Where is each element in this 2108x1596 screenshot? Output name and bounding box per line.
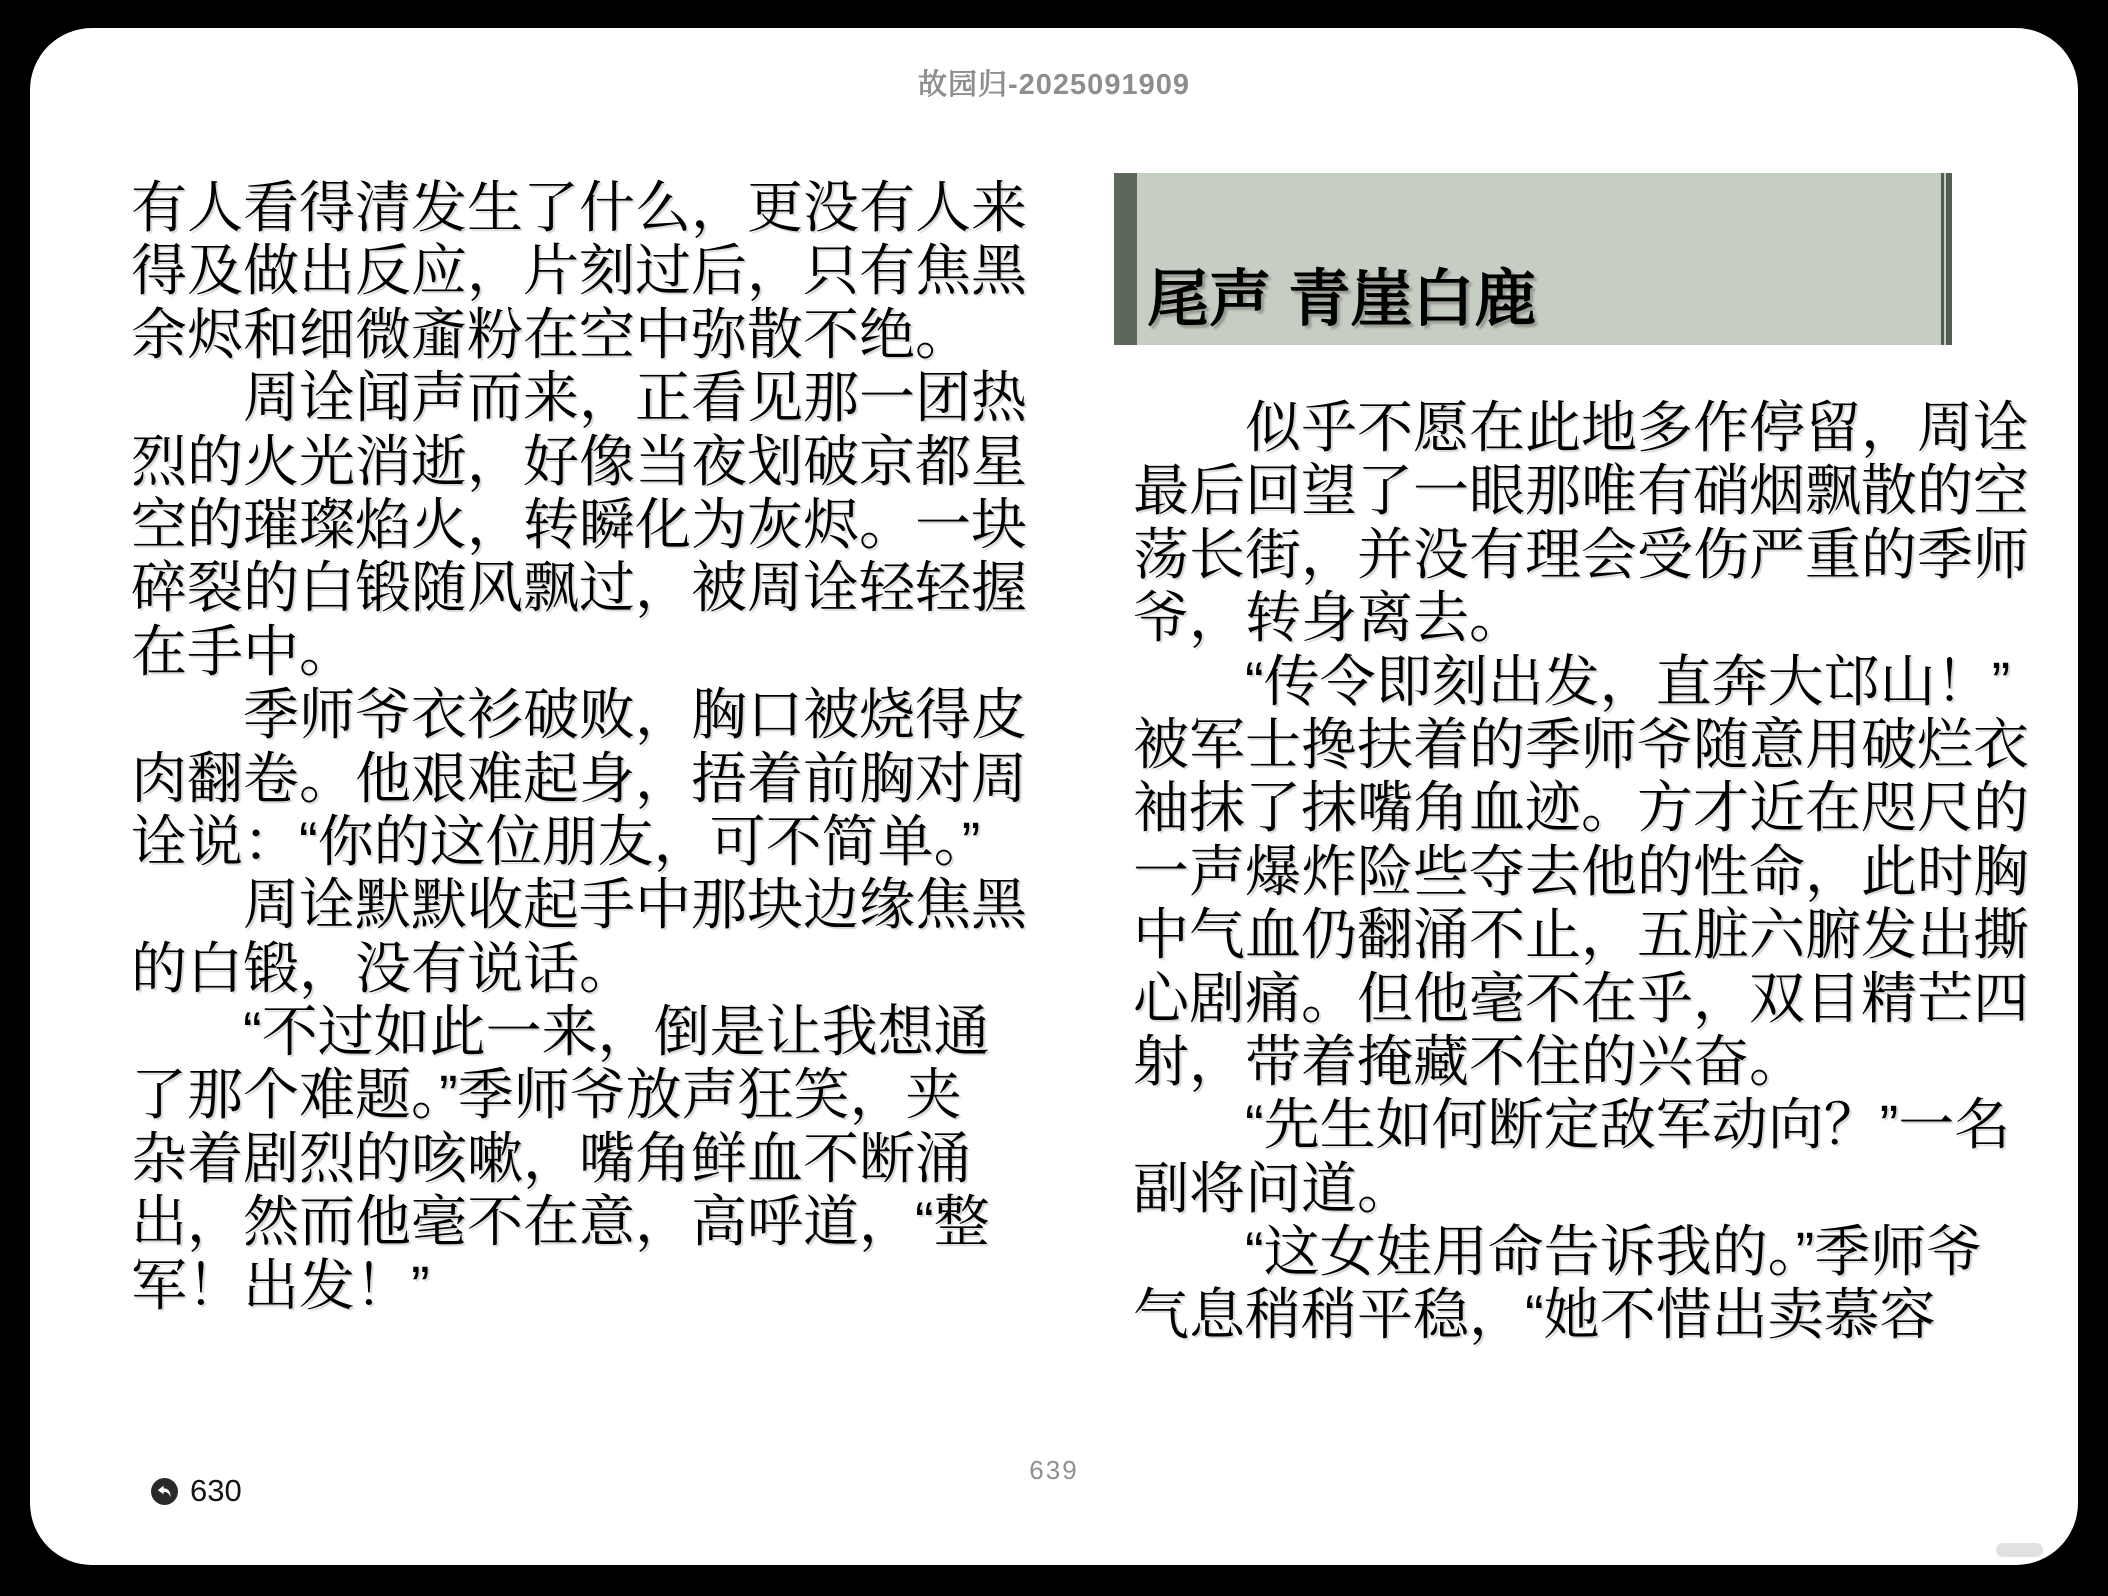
chapter-heading-right-stripe bbox=[1946, 173, 1952, 345]
current-page-number: 639 bbox=[0, 1455, 2108, 1486]
text-line: 似乎不愿在此地多作停留，周诠 bbox=[1133, 396, 2053, 459]
text-line: “传令即刻出发，直奔大邙山！” bbox=[1133, 650, 2053, 713]
text-line: 心剧痛。但他毫不在乎，双目精芒四 bbox=[1133, 967, 2053, 1030]
text-line: 有人看得清发生了什么，更没有人来 bbox=[131, 176, 1051, 239]
text-line: 射，带着掩藏不住的兴奋。 bbox=[1133, 1030, 2053, 1093]
text-line: 得及做出反应，片刻过后，只有焦黑 bbox=[131, 239, 1051, 302]
text-line: “这女娃用命告诉我的。”季师爷 bbox=[1133, 1220, 2053, 1283]
chapter-heading-accent-bar bbox=[1114, 173, 1137, 345]
text-line: 空的璀璨焰火，转瞬化为灰烬。一块 bbox=[131, 493, 1051, 556]
text-line: 荡长街，并没有理会受伤严重的季师 bbox=[1133, 523, 2053, 586]
text-line: 出，然而他毫不在意，高呼道，“整 bbox=[131, 1190, 1051, 1253]
text-line: “不过如此一来，倒是让我想通 bbox=[131, 1000, 1051, 1063]
text-line: 爷，转身离去。 bbox=[1133, 586, 2053, 649]
text-line: “先生如何断定敌军动向？”一名 bbox=[1133, 1093, 2053, 1156]
text-line: 杂着剧烈的咳嗽，嘴角鲜血不断涌 bbox=[131, 1127, 1051, 1190]
text-line: 的白锻，没有说话。 bbox=[131, 937, 1051, 1000]
text-line: 季师爷衣衫破败，胸口被烧得皮 bbox=[131, 683, 1051, 746]
text-line: 袖抹了抹嘴角血迹。方才近在咫尺的 bbox=[1133, 776, 2053, 839]
text-line: 烈的火光消逝，好像当夜划破京都星 bbox=[131, 430, 1051, 493]
left-text-column: 有人看得清发生了什么，更没有人来 得及做出反应，片刻过后，只有焦黑 余烬和细微齑… bbox=[131, 176, 1051, 1317]
text-line: 中气血仍翻涌不止，五脏六腑发出撕 bbox=[1133, 903, 2053, 966]
text-line: 一声爆炸险些夺去他的性命，此时胸 bbox=[1133, 840, 2053, 903]
text-line: 周诠默默收起手中那块边缘焦黑 bbox=[131, 873, 1051, 936]
chapter-title: 尾声 青崖白鹿 bbox=[1147, 269, 1536, 331]
text-line: 余烬和细微齑粉在空中弥散不绝。 bbox=[131, 303, 1051, 366]
text-line: 军！出发！” bbox=[131, 1254, 1051, 1317]
text-line: 在手中。 bbox=[131, 620, 1051, 683]
text-line: 肉翻卷。他艰难起身，捂着前胸对周 bbox=[131, 747, 1051, 810]
book-title: 故园归-2025091909 bbox=[0, 62, 2108, 103]
text-line: 副将问道。 bbox=[1133, 1157, 2053, 1220]
chapter-heading-box: 尾声 青崖白鹿 bbox=[1114, 173, 1952, 345]
chapter-heading-right-stripe bbox=[1941, 173, 1944, 345]
text-line: 了那个难题。”季师爷放声狂笑，夹 bbox=[131, 1063, 1051, 1126]
text-line: 诠说：“你的这位朋友，可不简单。” bbox=[131, 810, 1051, 873]
text-line: 周诠闻声而来，正看见那一团热 bbox=[131, 366, 1051, 429]
home-indicator[interactable] bbox=[1996, 1543, 2043, 1557]
text-line: 被军士搀扶着的季师爷随意用破烂衣 bbox=[1133, 713, 2053, 776]
text-line: 气息稍稍平稳，“她不惜出卖慕容 bbox=[1133, 1283, 2053, 1346]
right-text-column: 似乎不愿在此地多作停留，周诠 最后回望了一眼那唯有硝烟飘散的空 荡长街，并没有理… bbox=[1133, 396, 2053, 1347]
text-line: 最后回望了一眼那唯有硝烟飘散的空 bbox=[1133, 459, 2053, 522]
text-line: 碎裂的白锻随风飘过，被周诠轻轻握 bbox=[131, 556, 1051, 619]
